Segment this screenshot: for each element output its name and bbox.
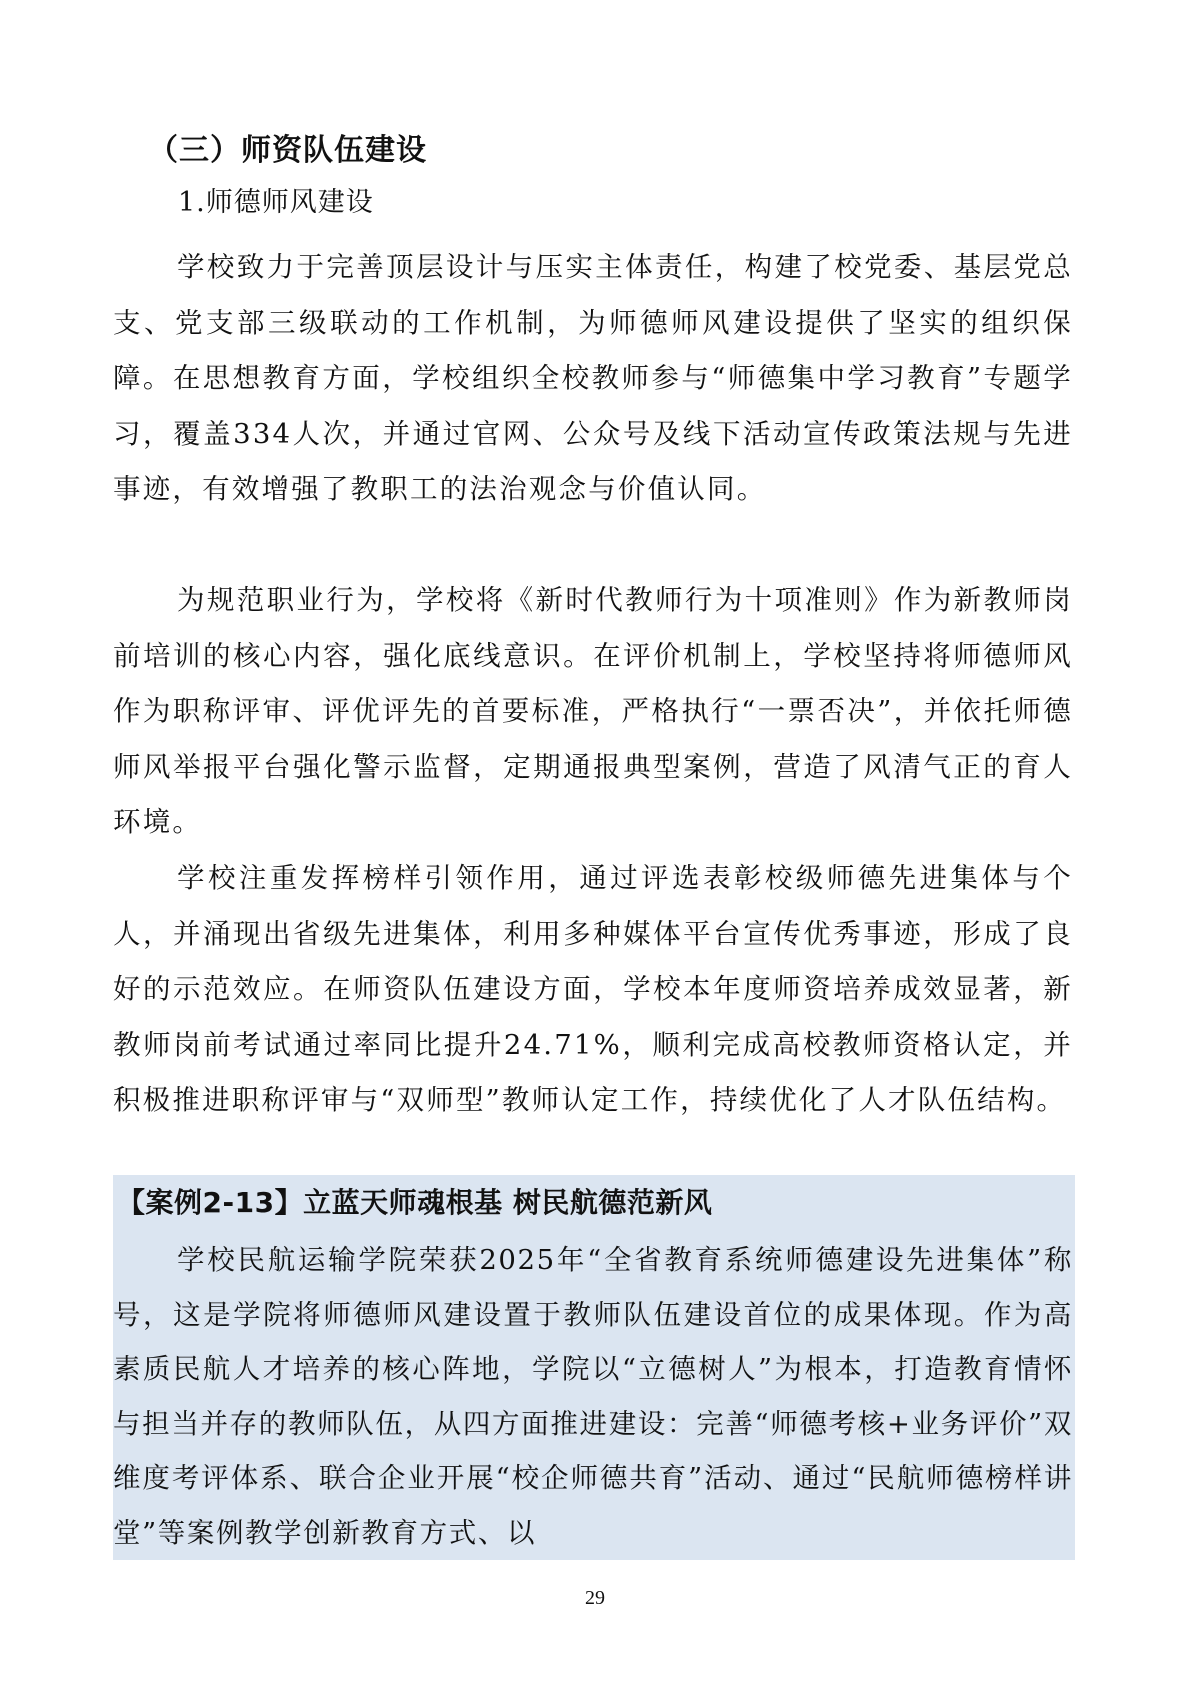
case-title: 【案例2-13】立蓝天师魂根基 树民航德范新风 xyxy=(117,1181,712,1221)
case-body: 学校民航运输学院荣获2025年“全省教育系统师德建设先进集体”称号，这是学院将师… xyxy=(113,1233,1073,1560)
paragraph-organization: 学校致力于完善顶层设计与压实主体责任，构建了校党委、基层党总支、党支部三级联动的… xyxy=(113,240,1073,518)
page-number: 29 xyxy=(0,1587,1190,1610)
case-box: 【案例2-13】立蓝天师魂根基 树民航德范新风 学校民航运输学院荣获2025年“… xyxy=(113,1175,1075,1560)
section-heading: （三）师资队伍建设 xyxy=(148,125,427,169)
paragraph-conduct-norms: 为规范职业行为，学校将《新时代教师行为十项准则》作为新教师岗前培训的核心内容，强… xyxy=(113,573,1073,851)
document-page: （三）师资队伍建设 1.师德师风建设 学校致力于完善顶层设计与压实主体责任，构建… xyxy=(0,0,1190,1683)
paragraph-role-models: 学校注重发挥榜样引领作用，通过评选表彰校级师德先进集体与个人，并涌现出省级先进集… xyxy=(113,851,1073,1129)
subsection-heading: 1.师德师风建设 xyxy=(178,180,374,219)
